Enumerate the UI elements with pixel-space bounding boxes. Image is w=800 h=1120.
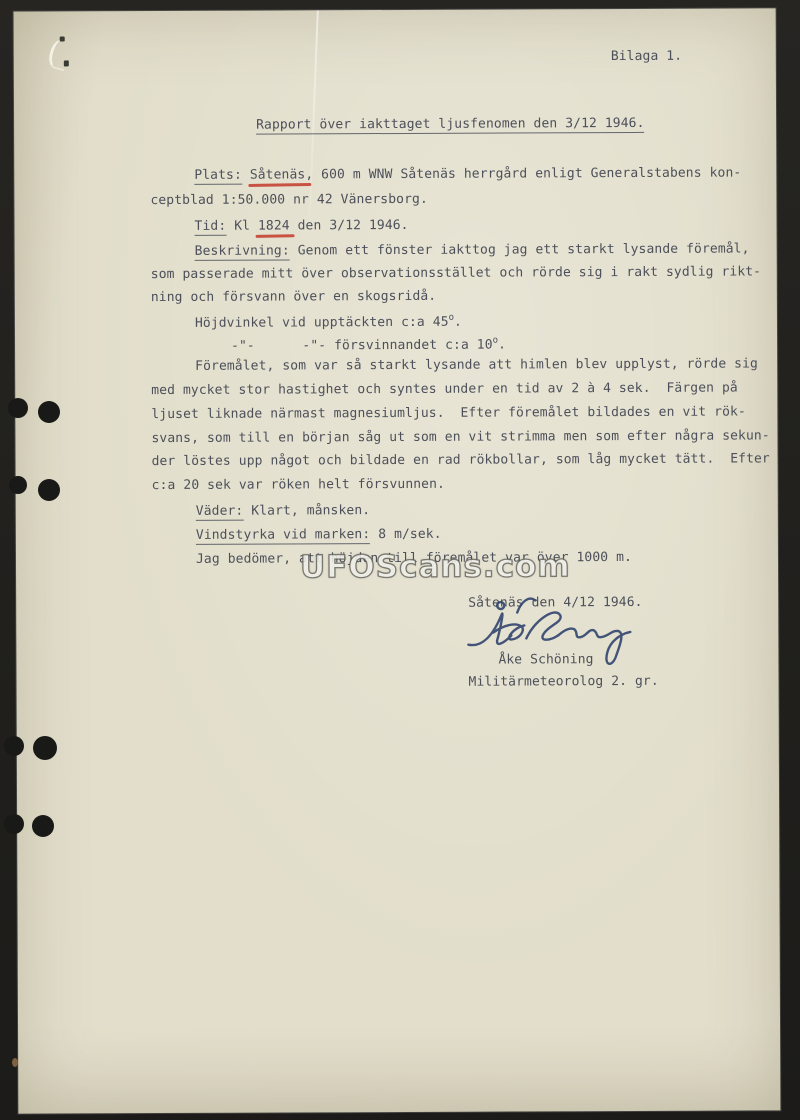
description-paragraph-line: der löstes upp något och bildade en rad … [152,450,770,470]
punch-hole [33,736,57,760]
wind-speed-value: 8 m/sek. [370,527,441,542]
description-paragraph-line: Föremålet, som var så starkt lysande att… [195,355,758,374]
period: . [498,338,506,353]
punch-hole [4,814,24,834]
elevation-angle-disappearance: -"- -"- försvinnandet c:a 10o. [231,333,506,355]
punch-hole [8,398,28,418]
elevation-text: Höjdvinkel vid upptäckten c:a 45 [195,315,449,331]
tid-label: Tid: [195,219,227,236]
punch-hole [4,736,24,756]
elevation-angle-discovery: Höjdvinkel vid upptäckten c:a 45o. [195,310,462,332]
description-paragraph-line: ljuset liknade närmast magnesiumljus. Ef… [151,403,746,423]
punch-hole [38,401,60,423]
staple-dot [64,60,69,66]
tid-line: Tid: Kl 1824 den 3/12 1946. [195,217,409,235]
description-paragraph-line: med mycket stor hastighet och syntes und… [151,380,738,400]
spacer [242,168,250,183]
tid-pre: Kl [226,219,258,234]
plats-label: Plats: [194,168,242,185]
beskrivning-continuation: som passerade mitt över observationsstäl… [151,263,761,283]
weather-label: Väder: [196,504,244,521]
plats-line: Plats: Såtenäs, 600 m WNW Såtenäs herrgå… [194,164,741,183]
scanned-document: Bilaga 1. Rapport över iakttaget ljusfen… [0,0,800,1120]
elevation-text: -"- -"- försvinnandet c:a 10 [231,338,493,354]
punch-hole [38,479,60,501]
report-title-text: Rapport över iakttaget ljusfenomen den 3… [256,116,644,135]
punch-hole [9,476,27,494]
weather-line: Väder: Klart, månsken. [196,502,370,520]
plats-rest: , 600 m WNW Såtenäs herrgård enligt Gene… [305,165,741,182]
wind-speed-label: Vindstyrka vid marken: [196,527,370,545]
beskrivning-continuation: ning och försvann över en skogsridå. [151,288,436,306]
staple-dot [60,36,65,41]
beskrivning-label: Beskrivning: [195,243,290,260]
handwritten-signature-ink [460,587,670,683]
punch-hole [32,815,54,837]
description-paragraph-line: c:a 20 sek var röken helt försvunnen. [152,476,445,494]
wind-speed-line: Vindstyrka vid marken: 8 m/sek. [196,526,442,544]
staple-mark [14,8,776,11]
tid-time-value: 1824 [258,218,290,233]
attachment-label: Bilaga 1. [611,48,682,65]
plats-continuation: ceptblad 1:50.000 nr 42 Vänersborg. [150,191,428,209]
ufoscans-watermark: UFOScans.com [300,548,571,585]
paper-page: Bilaga 1. Rapport över iakttaget ljusfen… [14,8,781,1113]
weather-value: Klart, månsken. [243,503,370,519]
plats-place-name: Såtenäs [250,167,306,182]
beskrivning-rest: Genom ett fönster iakttog jag ett starkt… [290,241,750,258]
period: . [454,315,462,330]
paper-speck [12,1058,18,1067]
beskrivning-line: Beskrivning: Genom ett fönster iakttog j… [195,240,750,259]
description-paragraph-line: svans, som till en början såg ut som en … [151,427,769,447]
tid-rest: den 3/12 1946. [290,218,409,234]
report-title: Rapport över iakttaget ljusfenomen den 3… [256,115,644,134]
